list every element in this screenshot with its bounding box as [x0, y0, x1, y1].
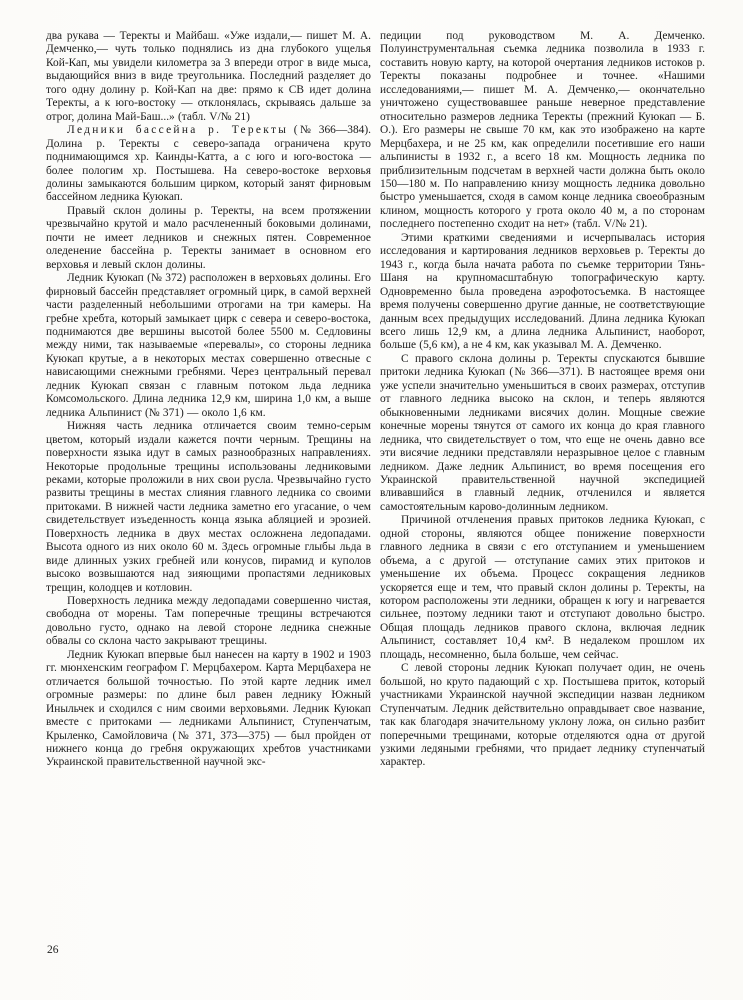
paragraph: Ледник Куюкап впервые был нанесен на кар…: [46, 649, 371, 770]
paragraph: Поверхность ледника между ледопадами сов…: [46, 595, 371, 649]
left-column: два рукава — Теректы и Майбаш. «Уже изда…: [46, 30, 371, 770]
section-run-in-heading: Ледники бассейна р. Теректы: [67, 124, 288, 136]
page-number: 26: [47, 944, 59, 956]
paragraph: Этими краткими сведениями и исчерпывалас…: [380, 232, 705, 353]
paragraph: Причиной отчленения правых притоков ледн…: [380, 514, 705, 662]
right-column: педиции под руководством М. А. Демченко.…: [380, 30, 705, 770]
paragraph: Ледник Куюкап (№ 372) расположен в верхо…: [46, 272, 371, 420]
paragraph: два рукава — Теректы и Майбаш. «Уже изда…: [46, 30, 371, 124]
paragraph: Нижняя часть ледника отличается своим те…: [46, 420, 371, 595]
paragraph: педиции под руководством М. А. Демченко.…: [380, 30, 705, 232]
paragraph: С левой стороны ледник Куюкап получает о…: [380, 662, 705, 770]
book-page: два рукава — Теректы и Майбаш. «Уже изда…: [0, 0, 743, 1000]
paragraph: Правый склон долины р. Теректы, на всем …: [46, 205, 371, 272]
paragraph: С правого склона долины р. Теректы спуск…: [380, 353, 705, 514]
paragraph-with-run-in-heading: Ледники бассейна р. Теректы (№ 366—384).…: [46, 124, 371, 205]
